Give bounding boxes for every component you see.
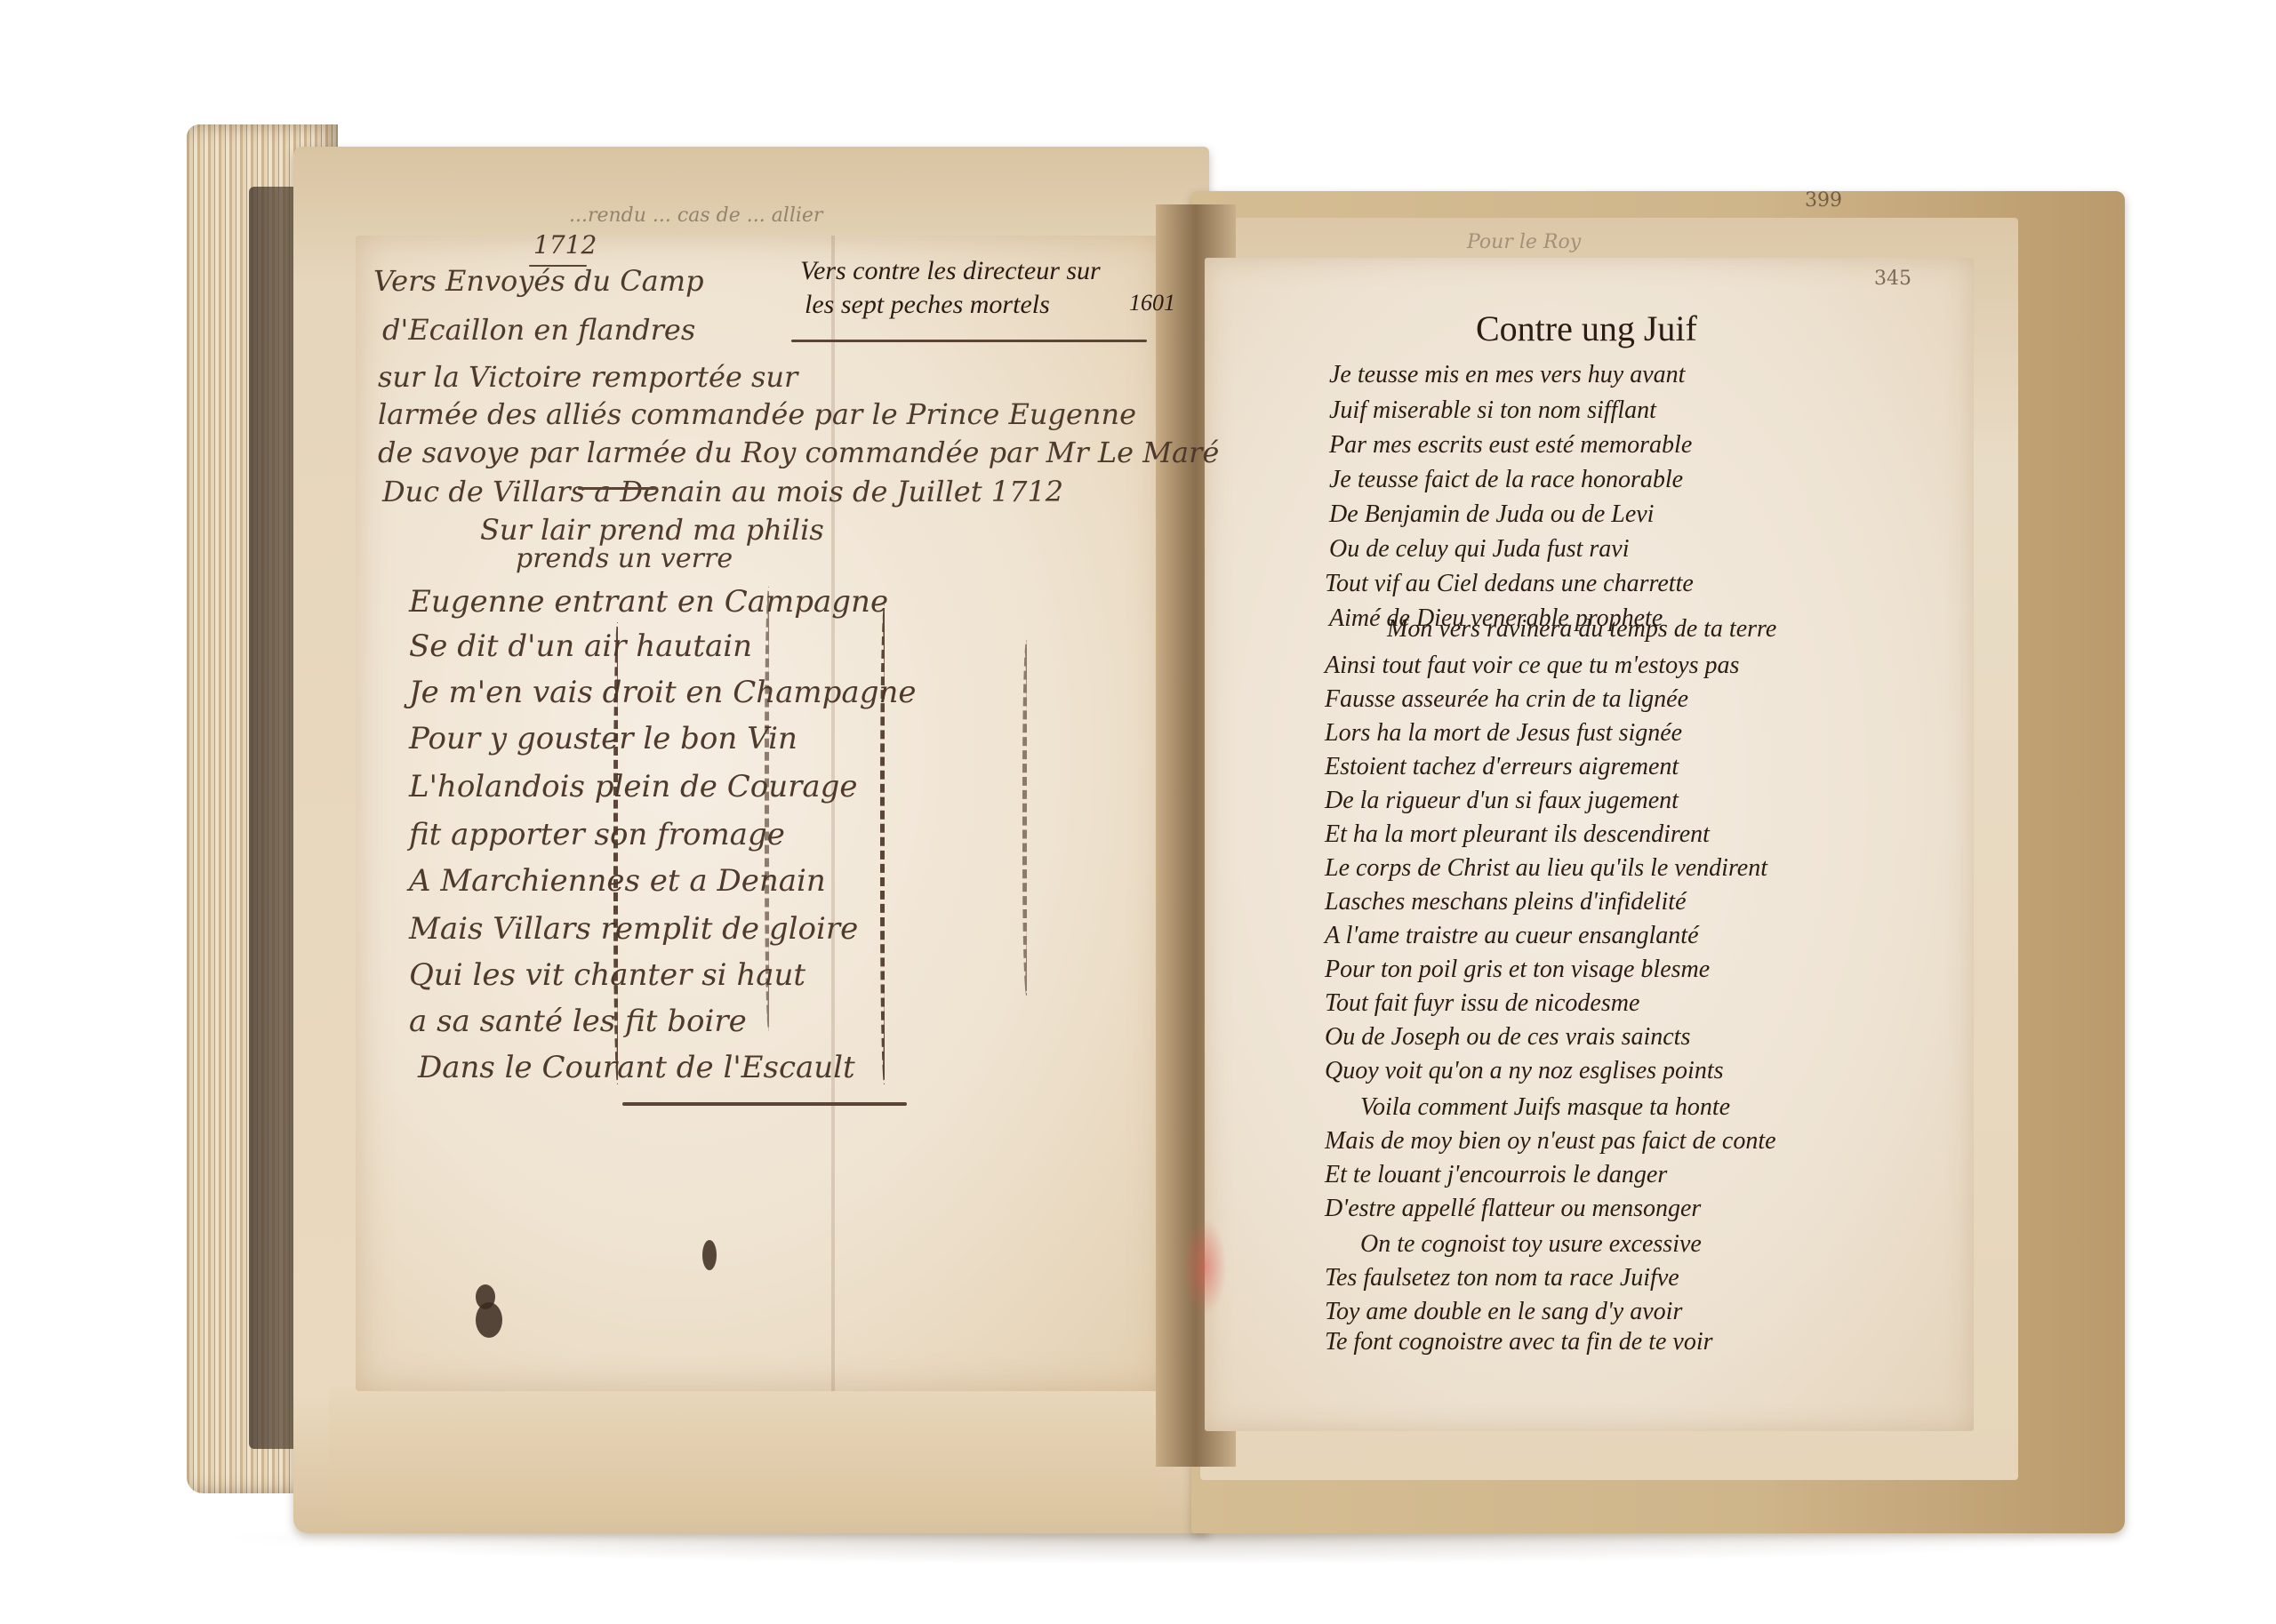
ink-bleed-line	[1022, 640, 1032, 996]
verse-line: Ou de Joseph ou de ces vrais saincts	[1325, 1025, 1690, 1050]
poem-title: Contre ung Juif	[1476, 311, 1697, 347]
verse-line: Je teusse mis en mes vers huy avant	[1329, 363, 1685, 388]
verse-line: Et te louant j'encourrois le danger	[1325, 1163, 1667, 1188]
verse-line: Dans le Courant de l'Escault	[418, 1052, 855, 1083]
subheading-line-1: Sur lair prend ma philis	[480, 516, 824, 544]
verse-line: D'estre appellé flatteur ou mensonger	[1325, 1196, 1701, 1221]
verse-line: Tout vif au Ciel dedans une charrette	[1325, 572, 1694, 596]
year-heading: 1712	[533, 233, 597, 258]
ink-stain	[702, 1240, 717, 1270]
description-line-2: larmée des alliés commandée par le Princ…	[378, 400, 1136, 428]
outer-folio-number: 399	[1805, 191, 1842, 211]
verse-line: Eugenne entrant en Campagne	[409, 587, 888, 617]
ink-bleed-line	[613, 622, 623, 1084]
verse-line: Je teusse faict de la race honorable	[1329, 468, 1683, 492]
verse-line: Le corps de Christ au lieu qu'ils le ven…	[1325, 856, 1767, 881]
verse-line: Toy ame double en le sang d'y avoir	[1325, 1300, 1682, 1324]
folio-number: 345	[1874, 269, 1911, 289]
title-right-line-1: Vers contre les directeur sur	[800, 258, 1101, 284]
title-left-line-1: Vers Envoyés du Camp	[373, 267, 704, 295]
verse-line: L'holandois plein de Courage	[409, 772, 858, 802]
verse-line: Ainsi tout faut voir ce que tu m'estoys …	[1325, 653, 1739, 678]
verse-line: Par mes escrits eust esté memorable	[1329, 433, 1692, 458]
description-line-4: Duc de Villars a Denain au mois de Juill…	[382, 477, 1063, 506]
verse-line: De Benjamin de Juda ou de Levi	[1329, 502, 1654, 527]
verse-line: Tout fait fuyr issu de nicodesme	[1325, 991, 1639, 1016]
verse-line: Juif miserable si ton nom sifflant	[1329, 398, 1656, 423]
verse-line: Te font cognoistre avec ta fin de te voi…	[1325, 1330, 1713, 1355]
verse-line: Mais Villars remplit de gloire	[409, 914, 858, 944]
verse-end-rule	[622, 1102, 907, 1106]
verse-line: Quoy voit qu'on a ny noz esglises points	[1325, 1059, 1724, 1084]
verse-line: Estoient tachez d'erreurs aigrement	[1325, 755, 1679, 780]
red-wax-mark	[1182, 1218, 1227, 1316]
manuscript-photo: ...rendu ... cas de ... allier 1712 Vers…	[0, 0, 2276, 1624]
verse-line: Fausse asseurée ha crin de ta lignée	[1325, 687, 1688, 712]
title-right-line-2: les sept peches mortels	[805, 292, 1050, 318]
description-line-3: de savoye par larmée du Roy commandée pa…	[378, 438, 1219, 467]
left-header-faint: ...rendu ... cas de ... allier	[569, 206, 822, 226]
verse-line: Se dit d'un air hautain	[409, 631, 752, 661]
ink-stain	[476, 1302, 502, 1338]
left-torn-bottom	[329, 1387, 1156, 1520]
right-header-faint: Pour le Roy	[1467, 233, 1581, 252]
ink-bleed-line	[765, 587, 774, 1031]
title-divider	[791, 340, 1147, 342]
verse-line: De la rigueur d'un si faux jugement	[1325, 788, 1679, 813]
verse-line: Lasches meschans pleins d'infidelité	[1325, 890, 1687, 915]
title-left-line-2: d'Ecaillon en flandres	[382, 316, 695, 344]
verse-line: Tes faulsetez ton nom ta race Juifve	[1325, 1266, 1679, 1291]
verse-line: a sa santé les fit boire	[409, 1006, 747, 1036]
verse-line: A l'ame traistre au cueur ensanglanté	[1325, 924, 1699, 948]
verse-line: fit apporter son fromage	[409, 820, 785, 850]
verse-line: Mais de moy bien oy n'eust pas faict de …	[1325, 1129, 1776, 1154]
ink-bleed-line	[880, 604, 890, 1084]
verse-line: Voila comment Juifs masque ta honte	[1360, 1095, 1730, 1120]
verse-line: Mon vers ravinera du temps de ta terre	[1387, 617, 1776, 642]
verse-line: Et ha la mort pleurant ils descendirent	[1325, 822, 1710, 847]
verse-line: Ou de celuy qui Juda fust ravi	[1329, 537, 1629, 562]
title-right-date: 1601	[1129, 292, 1175, 315]
subheading-line-2: prends un verre	[516, 546, 733, 572]
description-line-1: sur la Victoire remportée sur	[378, 363, 797, 391]
verse-line: Je m'en vais droit en Champagne	[409, 677, 916, 708]
verse-line: Pour y gouster le bon Vin	[409, 724, 797, 754]
verse-line: On te cognoist toy usure excessive	[1360, 1232, 1702, 1257]
date-underline	[578, 487, 658, 490]
verse-line: Pour ton poil gris et ton visage blesme	[1325, 957, 1710, 982]
verse-line: Lors ha la mort de Jesus fust signée	[1325, 721, 1682, 746]
verse-line: Qui les vit chanter si haut	[409, 960, 805, 990]
